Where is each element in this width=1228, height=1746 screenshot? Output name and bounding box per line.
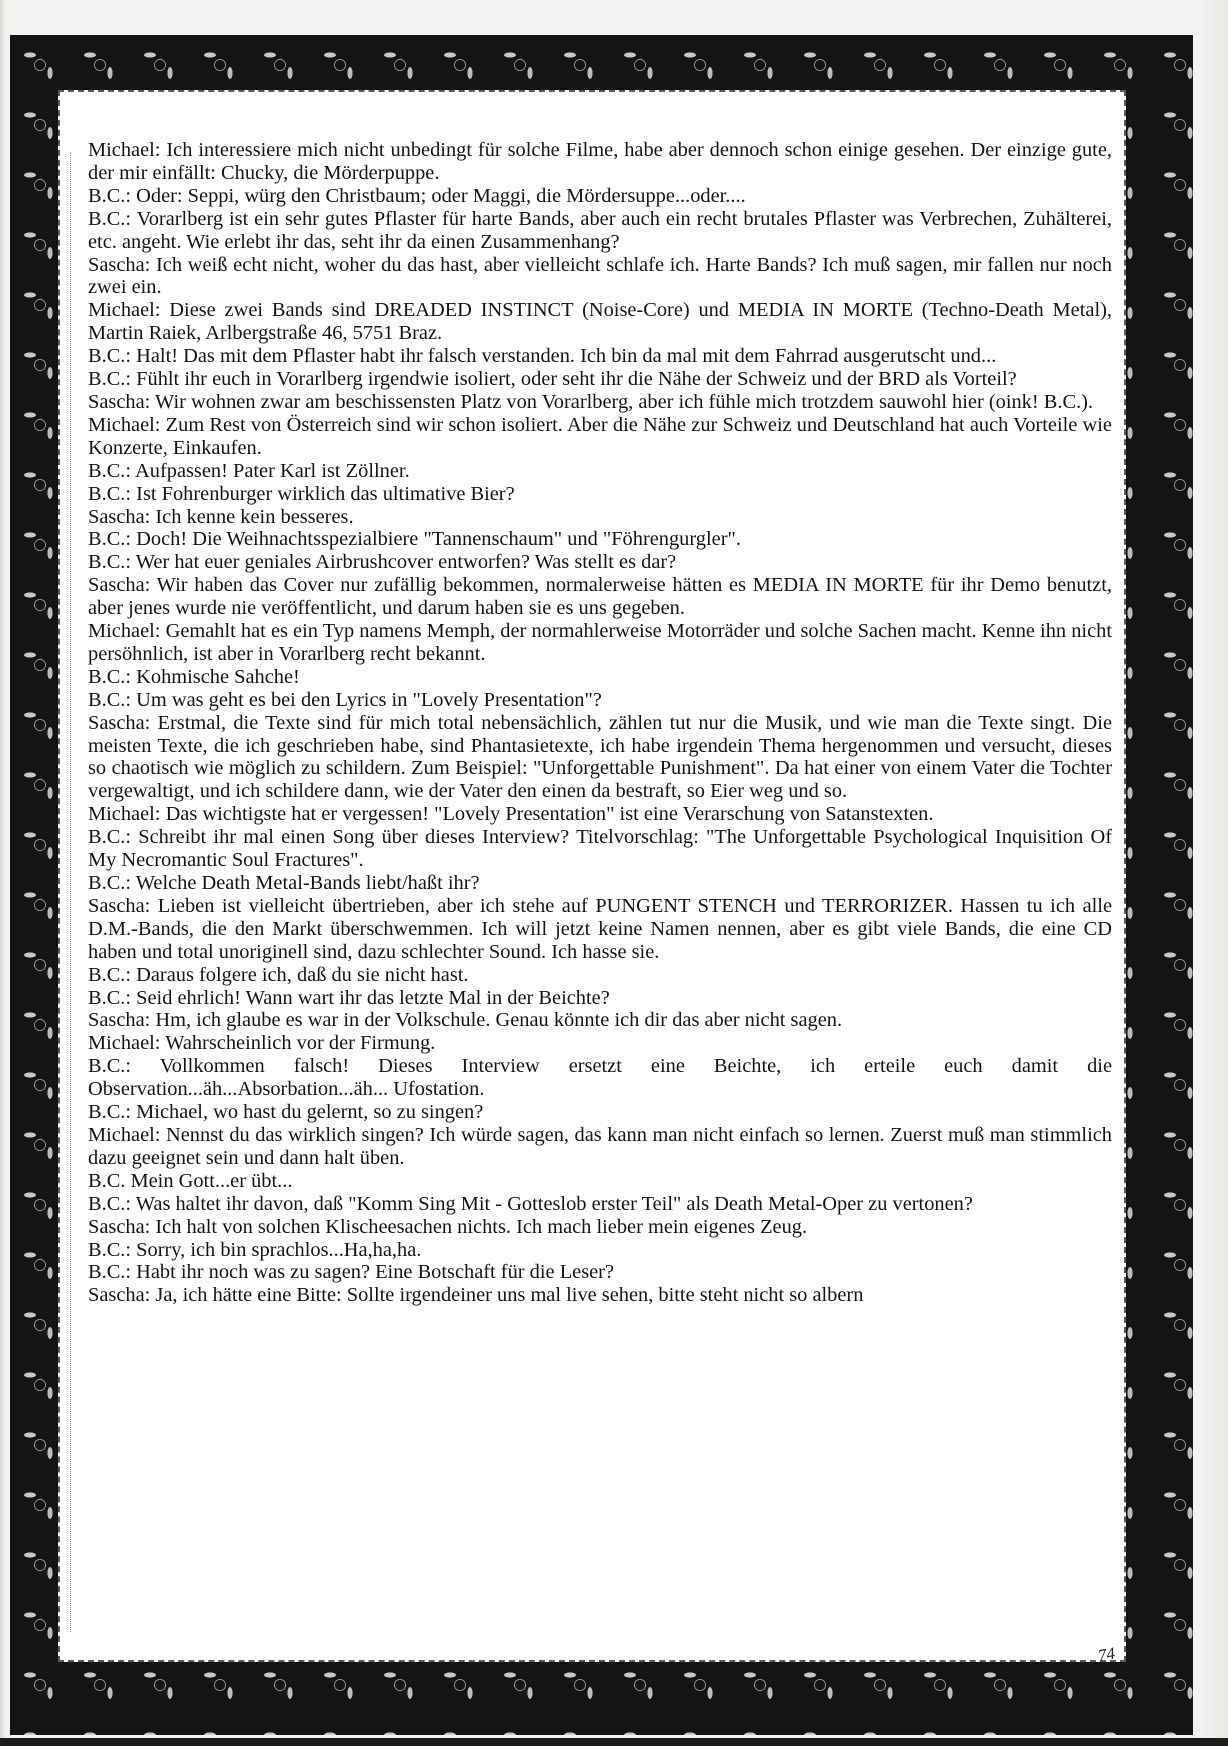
paragraph: B.C.: Um was geht es bei den Lyrics in "… xyxy=(88,689,1112,712)
paragraph: Michael: Wahrscheinlich vor der Firmung. xyxy=(88,1032,1112,1055)
paragraph: Sascha: Lieben ist vielleicht übertriebe… xyxy=(88,895,1112,964)
paragraph: B.C.: Fühlt ihr euch in Vorarlberg irgen… xyxy=(88,368,1112,391)
paragraph: B.C.: Michael, wo hast du gelernt, so zu… xyxy=(88,1101,1112,1124)
paragraph: B.C.: Welche Death Metal-Bands liebt/haß… xyxy=(88,872,1112,895)
paragraph: B.C.: Kohmische Sahche! xyxy=(88,666,1112,689)
paragraph: B.C.: Halt! Das mit dem Pflaster habt ih… xyxy=(88,345,1112,368)
dotted-guide-line xyxy=(70,152,72,1632)
paragraph: B.C.: Oder: Seppi, würg den Christbaum; … xyxy=(88,185,1112,208)
paragraph: B.C.: Doch! Die Weihnachtsspezialbiere "… xyxy=(88,528,1112,551)
paragraph: Michael: Diese zwei Bands sind DREADED I… xyxy=(88,299,1112,345)
paragraph: B.C.: Wer hat euer geniales Airbrushcove… xyxy=(88,551,1112,574)
paragraph: Sascha: Ich halt von solchen Klischeesac… xyxy=(88,1216,1112,1239)
paragraph: Sascha: Ich weiß echt nicht, woher du da… xyxy=(88,254,1112,300)
paragraph: B.C.: Was haltet ihr davon, daß "Komm Si… xyxy=(88,1193,1112,1216)
paragraph: Sascha: Hm, ich glaube es war in der Vol… xyxy=(88,1009,1112,1032)
paragraph: Sascha: Erstmal, die Texte sind für mich… xyxy=(88,712,1112,804)
paragraph: Michael: Ich interessiere mich nicht unb… xyxy=(88,139,1112,185)
paragraph: B.C.: Seid ehrlich! Wann wart ihr das le… xyxy=(88,987,1112,1010)
paragraph: Sascha: Wir haben das Cover nur zufällig… xyxy=(88,574,1112,620)
paragraph: B.C.: Daraus folgere ich, daß du sie nic… xyxy=(88,964,1112,987)
page-number: 74 xyxy=(1096,1644,1116,1667)
paragraph: B.C.: Schreibt ihr mal einen Song über d… xyxy=(88,826,1112,872)
paragraph: B.C.: Vollkommen falsch! Dieses Intervie… xyxy=(88,1055,1112,1101)
interview-text: Michael: Ich interessiere mich nicht unb… xyxy=(88,139,1112,1307)
paragraph: B.C.: Sorry, ich bin sprachlos...Ha,ha,h… xyxy=(88,1239,1112,1262)
paragraph: Sascha: Wir wohnen zwar am beschissenste… xyxy=(88,391,1112,414)
paragraph: Michael: Das wichtigste hat er vergessen… xyxy=(88,803,1112,826)
page-right-edge xyxy=(1198,0,1228,1746)
paragraph: B.C.: Vorarlberg ist ein sehr gutes Pfla… xyxy=(88,208,1112,254)
bottom-edge xyxy=(0,1738,1228,1746)
paragraph: Michael: Nennst du das wirklich singen? … xyxy=(88,1124,1112,1170)
paragraph: Michael: Gemahlt hat es ein Typ namens M… xyxy=(88,620,1112,666)
paragraph: B.C. Mein Gott...er übt... xyxy=(88,1170,1112,1193)
paragraph: B.C.: Habt ihr noch was zu sagen? Eine B… xyxy=(88,1261,1112,1284)
paragraph: Sascha: Ja, ich hätte eine Bitte: Sollte… xyxy=(88,1284,1112,1307)
paragraph: B.C.: Aufpassen! Pater Karl ist Zöllner. xyxy=(88,460,1112,483)
paragraph: Sascha: Ich kenne kein besseres. xyxy=(88,506,1112,529)
paragraph: B.C.: Ist Fohrenburger wirklich das ulti… xyxy=(88,483,1112,506)
page-edge-shadow xyxy=(0,0,6,1746)
paragraph: Michael: Zum Rest von Österreich sind wi… xyxy=(88,414,1112,460)
